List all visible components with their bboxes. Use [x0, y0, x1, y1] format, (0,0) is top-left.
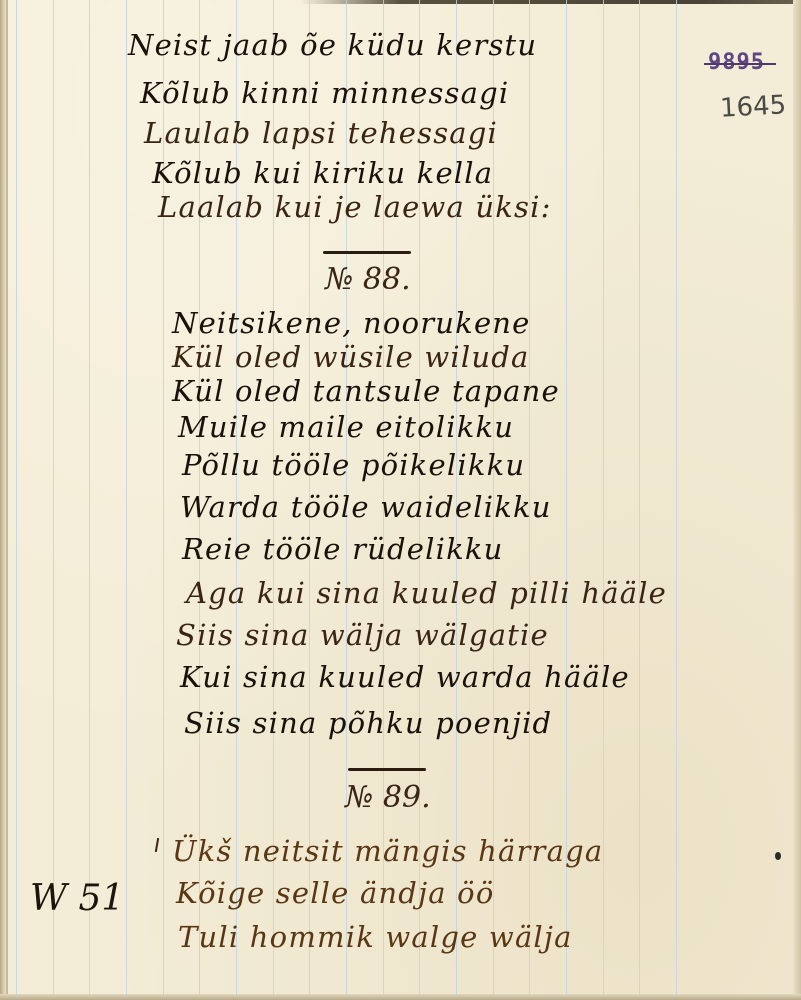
page-bottom-edge	[0, 994, 801, 1000]
ink-spot	[775, 852, 781, 860]
text-line: Tuli hommik walge wälja	[178, 920, 573, 954]
text-line: Kõige selle ändja öö	[176, 876, 495, 910]
text-line: Siis sina wälja wälgatie	[176, 618, 549, 652]
text-line: Muile maile eitolikku	[178, 410, 514, 444]
text-line: Kõlub kui kiriku kella	[152, 156, 493, 190]
song-number-heading: № 89.	[345, 780, 431, 815]
rule-line	[89, 0, 90, 995]
page-right-edge	[793, 0, 801, 1000]
text-line: Aga kui sina kuuled pilli hääle	[186, 576, 667, 610]
line-marker-tick	[155, 838, 159, 852]
section-divider	[323, 251, 411, 254]
pencil-page-number: 1645	[719, 90, 787, 123]
text-line: Neist jaab õe küdu kerstu	[128, 28, 537, 62]
text-line: Ükš neitsit mängis härraga	[172, 834, 603, 868]
rule-line	[676, 0, 677, 995]
text-line: Warda tööle waidelikku	[180, 490, 552, 524]
margin-note: W 51	[30, 878, 124, 919]
stamp-strikethrough	[704, 63, 776, 65]
text-line: Laulab lapsi tehessagi	[144, 116, 498, 150]
text-line: Kõlub kinni minnessagi	[140, 76, 509, 110]
text-line: Laalab kui je laewa üksi:	[158, 190, 552, 224]
text-line: Kül oled wüsile wiluda	[172, 340, 530, 374]
binding-line	[6, 0, 8, 1000]
text-line: Kui sina kuuled warda hääle	[180, 660, 630, 694]
text-line: Siis sina põhku poenjid	[184, 706, 552, 740]
manuscript-page: ​ 9895 1645 Neist jaab õe küdu kerstu Kõ…	[0, 0, 801, 1000]
text-line: Neitsikene, noorukene	[172, 306, 531, 340]
rule-line	[639, 0, 640, 995]
section-divider	[348, 768, 426, 771]
text-line: Kül oled tantsule tapane	[172, 374, 560, 408]
text-line: Reie tööle rüdelikku	[182, 532, 504, 566]
rule-line	[16, 0, 17, 995]
rule-line	[53, 0, 54, 995]
rule-line	[126, 0, 127, 995]
text-line: Põllu tööle põikelikku	[182, 448, 525, 482]
page-top-edge	[300, 0, 801, 4]
song-number-heading: № 88.	[325, 262, 411, 297]
